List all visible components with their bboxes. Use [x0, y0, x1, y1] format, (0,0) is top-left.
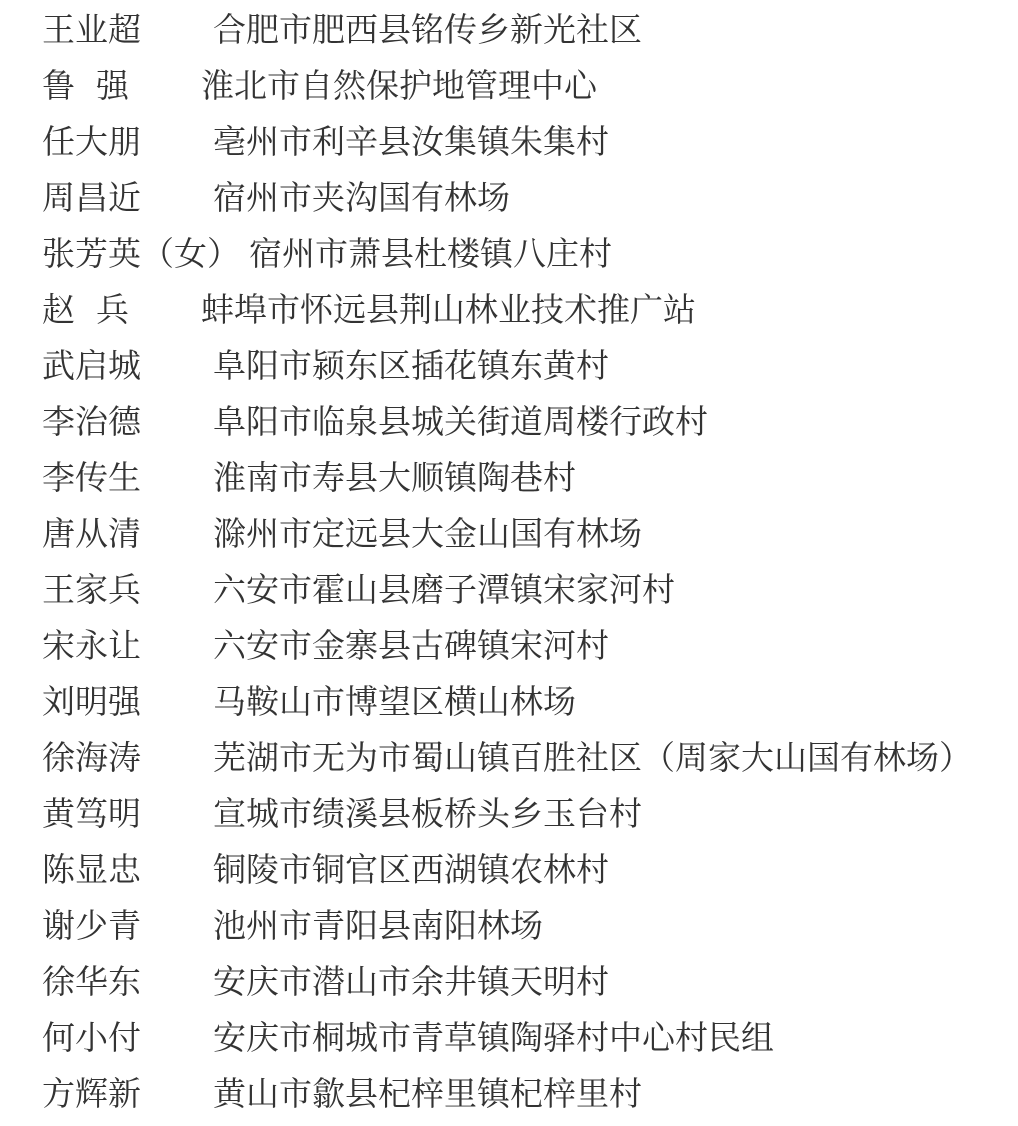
person-name: 黄笃明: [42, 786, 141, 842]
list-item: 赵 兵 蚌埠市怀远县荆山林业技术推广站: [0, 282, 1018, 338]
list-item: 刘明强 马鞍山市博望区横山林场: [0, 674, 1018, 730]
list-item: 李治德 阜阳市临泉县城关街道周楼行政村: [0, 394, 1018, 450]
person-address: 六安市金寨县古碑镇宋河村: [213, 618, 609, 674]
person-name: 唐从清: [42, 506, 141, 562]
list-item: 李传生 淮南市寿县大顺镇陶巷村: [0, 450, 1018, 506]
list-item: 鲁 强 淮北市自然保护地管理中心: [0, 58, 1018, 114]
list-item: 周昌近 宿州市夹沟国有林场: [0, 170, 1018, 226]
person-name: 谢少青: [42, 898, 141, 954]
person-address: 阜阳市颍东区插花镇东黄村: [213, 338, 609, 394]
person-name: 鲁 强: [42, 58, 129, 114]
person-address: 六安市霍山县磨子潭镇宋家河村: [213, 562, 675, 618]
person-address: 阜阳市临泉县城关街道周楼行政村: [213, 394, 708, 450]
person-name: 徐华东: [42, 954, 141, 1010]
person-address: 芜湖市无为市蜀山镇百胜社区（周家大山国有林场）: [213, 730, 972, 786]
list-item: 方辉新 黄山市歙县杞梓里镇杞梓里村: [0, 1066, 1018, 1122]
person-address: 安庆市桐城市青草镇陶驿村中心村民组: [213, 1010, 774, 1066]
person-name: 赵 兵: [42, 282, 129, 338]
person-address: 宿州市夹沟国有林场: [213, 170, 510, 226]
person-address: 宣城市绩溪县板桥头乡玉台村: [213, 786, 642, 842]
person-name: 王业超: [42, 2, 141, 58]
person-name: 李传生: [42, 450, 141, 506]
list-item: 唐从清 滁州市定远县大金山国有林场: [0, 506, 1018, 562]
person-address: 蚌埠市怀远县荆山林业技术推广站: [201, 282, 696, 338]
list-item: 徐海涛 芜湖市无为市蜀山镇百胜社区（周家大山国有林场）: [0, 730, 1018, 786]
person-name: 方辉新: [42, 1066, 141, 1122]
person-address: 黄山市歙县杞梓里镇杞梓里村: [213, 1066, 642, 1122]
person-name: 武启城: [42, 338, 141, 394]
list-item: 谢少青 池州市青阳县南阳林场: [0, 898, 1018, 954]
list-item: 何小付 安庆市桐城市青草镇陶驿村中心村民组: [0, 1010, 1018, 1066]
person-name: 刘明强: [42, 674, 141, 730]
person-name: 周昌近: [42, 170, 141, 226]
person-address: 宿州市萧县杜楼镇八庄村: [249, 226, 612, 282]
person-address: 合肥市肥西县铭传乡新光社区: [213, 2, 642, 58]
person-address: 淮南市寿县大顺镇陶巷村: [213, 450, 576, 506]
person-name: 李治德: [42, 394, 141, 450]
list-item: 宋永让 六安市金寨县古碑镇宋河村: [0, 618, 1018, 674]
person-name: 徐海涛: [42, 730, 141, 786]
list-item: 任大朋 亳州市利辛县汝集镇朱集村: [0, 114, 1018, 170]
person-name: 王家兵: [42, 562, 141, 618]
list-item: 徐华东 安庆市潜山市余井镇天明村: [0, 954, 1018, 1010]
person-address: 马鞍山市博望区横山林场: [213, 674, 576, 730]
person-name: 宋永让: [42, 618, 141, 674]
person-address: 铜陵市铜官区西湖镇农林村: [213, 842, 609, 898]
person-address: 安庆市潜山市余井镇天明村: [213, 954, 609, 1010]
list-item: 王家兵 六安市霍山县磨子潭镇宋家河村: [0, 562, 1018, 618]
list-item: 陈显忠 铜陵市铜官区西湖镇农林村: [0, 842, 1018, 898]
person-address: 淮北市自然保护地管理中心: [201, 58, 597, 114]
person-name: 陈显忠: [42, 842, 141, 898]
person-address: 池州市青阳县南阳林场: [213, 898, 543, 954]
list-item: 张芳英（女） 宿州市萧县杜楼镇八庄村: [0, 226, 1018, 282]
person-address: 亳州市利辛县汝集镇朱集村: [213, 114, 609, 170]
list-item: 黄笃明 宣城市绩溪县板桥头乡玉台村: [0, 786, 1018, 842]
list-item: 武启城 阜阳市颍东区插花镇东黄村: [0, 338, 1018, 394]
person-address: 滁州市定远县大金山国有林场: [213, 506, 642, 562]
person-name: 任大朋: [42, 114, 141, 170]
person-name: 何小付: [42, 1010, 141, 1066]
list-item: 王业超 合肥市肥西县铭传乡新光社区: [0, 2, 1018, 58]
person-name: 张芳英（女）: [42, 226, 240, 282]
